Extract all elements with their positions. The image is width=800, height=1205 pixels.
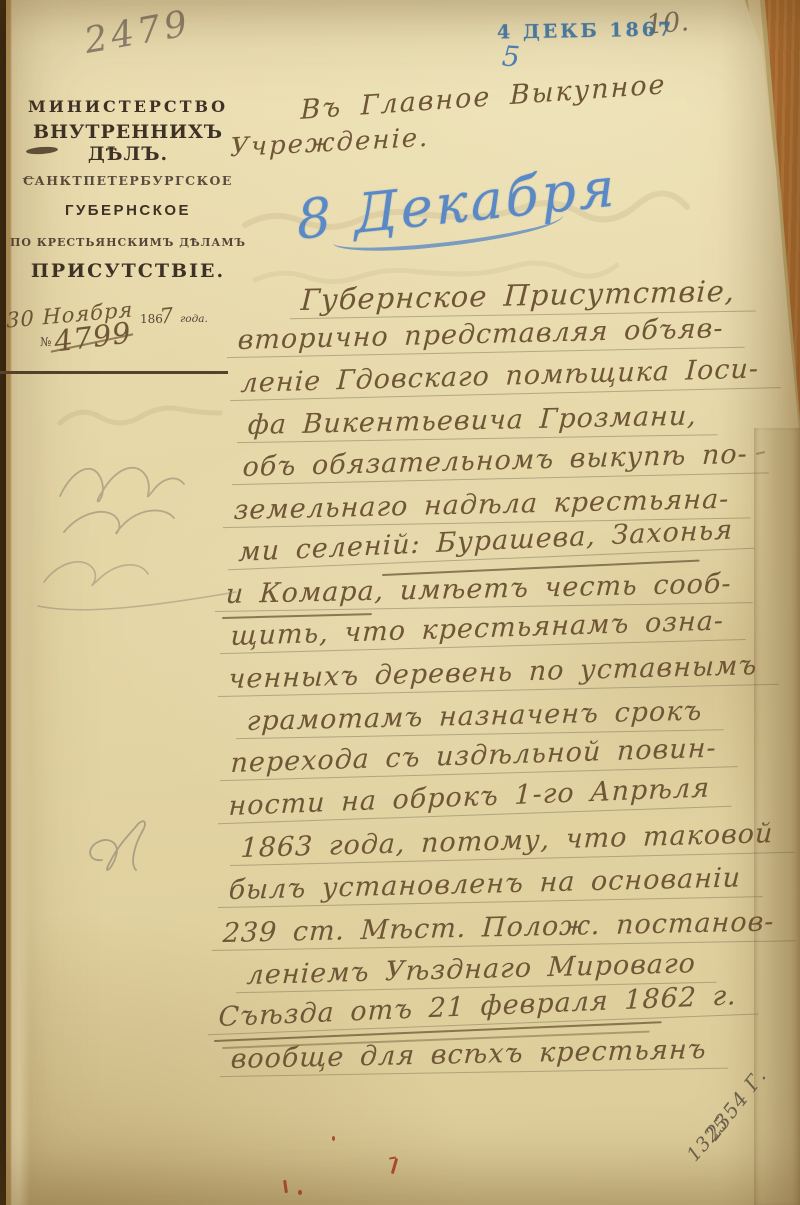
body-line: былъ установленъ на основаніи	[228, 863, 742, 907]
body-line: и Комара, имѣетъ честь сооб-	[225, 568, 732, 610]
body-line: леніе Гдовскаго помѣщика Іоси-	[240, 353, 760, 399]
body-line: Губернское Присутствіе,	[300, 274, 736, 317]
body-line: 1863 года, потому, что таковой	[240, 818, 774, 864]
pencil-initials	[74, 812, 164, 887]
body-line: щить, что крестьянамъ озна-	[230, 606, 725, 653]
body-line: ченныхъ деревень по уставнымъ	[228, 650, 758, 695]
body-line: перехода съ издѣльной повин-	[230, 733, 717, 779]
body-line: объ обязательномъ выкупѣ по-	[242, 439, 748, 483]
body-line: фа Викентьевича Грозмани,	[247, 400, 698, 440]
red-ink-mark	[332, 1136, 335, 1141]
document-photo: 2479 10. 4 ДЕКБ 1867 5 Въ Главное Выкупн…	[0, 0, 800, 1205]
body-line: грамотамъ назначенъ срокъ	[246, 696, 703, 737]
body-line: ности на оброкъ 1-го Апрѣля	[228, 772, 711, 822]
red-ink-mark	[298, 1190, 302, 1195]
body-line: вообще для всѣхъ крестьянъ	[230, 1034, 707, 1075]
pencil-marginalia	[36, 548, 246, 618]
body-line: вторично представляя объяв-	[237, 313, 724, 356]
pencil-marginalia	[52, 448, 202, 543]
body-line: 239 ст. Мѣст. Полож. постанов-	[222, 906, 775, 949]
